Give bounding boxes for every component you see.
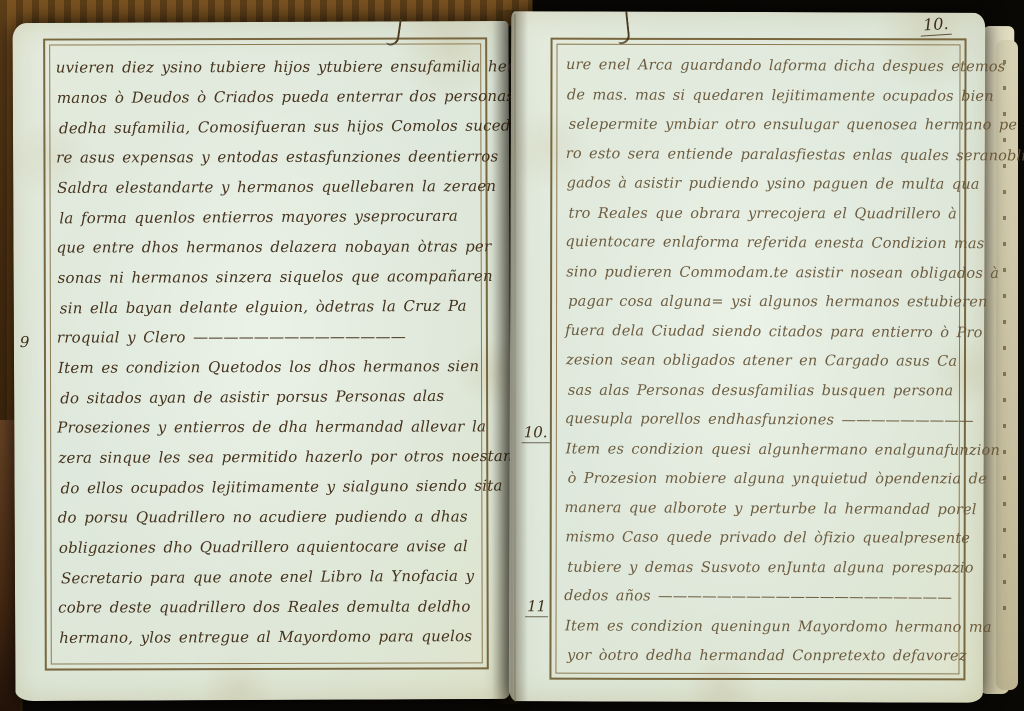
manuscript-line: fuera dela Ciudad siendo citados para en… bbox=[565, 317, 957, 349]
right-margin-item-number-11: 11 bbox=[525, 597, 548, 617]
manuscript-line: do porsu Quadrillero no acudiere pudiend… bbox=[58, 501, 480, 532]
manuscript-line: selepermite ymbiar otro ensulugar quenos… bbox=[569, 111, 961, 141]
manuscript-line: tro Reales que obrara yrrecojera el Quad… bbox=[568, 199, 960, 229]
manuscript-line: dedos años ———————————————————— bbox=[564, 582, 956, 614]
manuscript-line: ò Prozesion mobiere alguna ynquietud òpe… bbox=[568, 465, 960, 495]
manuscript-line: Item es condizion quesi algunhermano ena… bbox=[566, 435, 958, 466]
right-margin-item-number-10: 10. bbox=[522, 423, 550, 443]
manuscript-line: gados à asistir pudiendo ysino paguen de… bbox=[567, 169, 959, 200]
page-stack-ink-marks bbox=[1003, 60, 1006, 620]
manuscript-line: de mas. mas si quedaren lejitimamente oc… bbox=[567, 81, 959, 112]
right-manuscript-page: 10. 10. 11 ure enel Arca guardando lafor… bbox=[509, 11, 985, 703]
manuscript-line: que entre dhos hermanos delazera nobayan… bbox=[56, 231, 478, 262]
manuscript-line: sino pudieren Commodam.te asistir nosean… bbox=[566, 258, 958, 289]
manuscript-line: zesion sean obligados atener en Cargado … bbox=[566, 346, 958, 377]
underlying-page-edge-2 bbox=[996, 40, 1018, 690]
manuscript-line: Saldra elestandarte y hermanos quellebar… bbox=[57, 171, 479, 203]
manuscript-line: uvieren diez ysino tubiere hijos ytubier… bbox=[56, 51, 478, 82]
left-page-text-block: uvieren diez ysino tubiere hijos ytubier… bbox=[57, 51, 482, 653]
manuscript-photo: 9 uvieren diez ysino tubiere hijos ytubi… bbox=[0, 0, 1024, 711]
manuscript-line: rroquial y Clero —————————————— bbox=[57, 321, 479, 352]
manuscript-line: quesupla porellos endhasfunziones ——————… bbox=[565, 405, 957, 437]
manuscript-line: obligaziones dho Quadrillero aquientocar… bbox=[59, 531, 481, 563]
manuscript-line: do sitados ayan de asistir porsus Person… bbox=[60, 381, 482, 414]
manuscript-line: zera sinque les sea permitido hazerlo po… bbox=[58, 441, 480, 473]
manuscript-line: manos ò Deudos ò Criados pueda enterrar … bbox=[57, 81, 479, 113]
manuscript-line: Secretario para que anote enel Libro la … bbox=[61, 561, 483, 594]
manuscript-line: ure enel Arca guardando laforma dicha de… bbox=[566, 51, 958, 83]
manuscript-line: cobre deste quadrillero dos Reales demul… bbox=[58, 591, 480, 622]
manuscript-line: ro esto sera entiende paralasfiestas enl… bbox=[566, 140, 958, 172]
manuscript-line: Item es condizion queningun Mayordomo he… bbox=[565, 612, 957, 643]
manuscript-line: pagar cosa alguna= ysi algunos hermanos … bbox=[568, 288, 960, 318]
manuscript-line: manera que alborote y perturbe la herman… bbox=[564, 494, 956, 526]
left-manuscript-page: 9 uvieren diez ysino tubiere hijos ytubi… bbox=[13, 21, 512, 701]
manuscript-line: dedha sufamilia, Comosifueran sus hijos … bbox=[59, 111, 481, 144]
manuscript-line: tubiere y demas Susvoto enJunta alguna p… bbox=[567, 553, 959, 583]
manuscript-line: yor òotro dedha hermandad Conpretexto de… bbox=[567, 642, 959, 672]
manuscript-line: sonas ni hermanos sinzera siquelos que a… bbox=[58, 261, 480, 293]
manuscript-line: do ellos ocupados lejitimamente y sialgu… bbox=[60, 471, 482, 504]
manuscript-line: sin ella bayan delante elguion, òdetras … bbox=[60, 291, 482, 324]
manuscript-line: sas alas Personas desusfamilias busquen … bbox=[568, 376, 960, 406]
manuscript-line: re asus expensas y entodas estasfunzione… bbox=[56, 141, 478, 172]
manuscript-line: Proseziones y entierros de dha hermandad… bbox=[57, 411, 479, 442]
right-page-text-block: ure enel Arca guardando laforma dicha de… bbox=[565, 51, 959, 672]
manuscript-line: mismo Caso quede privado del òfizio quea… bbox=[565, 523, 957, 554]
folio-number: 10. bbox=[919, 14, 952, 37]
manuscript-line: quientocare enlaforma referida enesta Co… bbox=[565, 228, 957, 260]
left-margin-item-number: 9 bbox=[18, 333, 32, 352]
manuscript-line: Item es condizion Quetodos los dhos herm… bbox=[58, 351, 480, 383]
manuscript-line: la forma quenlos entierros mayores ysepr… bbox=[59, 201, 481, 234]
manuscript-line: hermano, ylos entregue al Mayordomo para… bbox=[59, 621, 481, 653]
